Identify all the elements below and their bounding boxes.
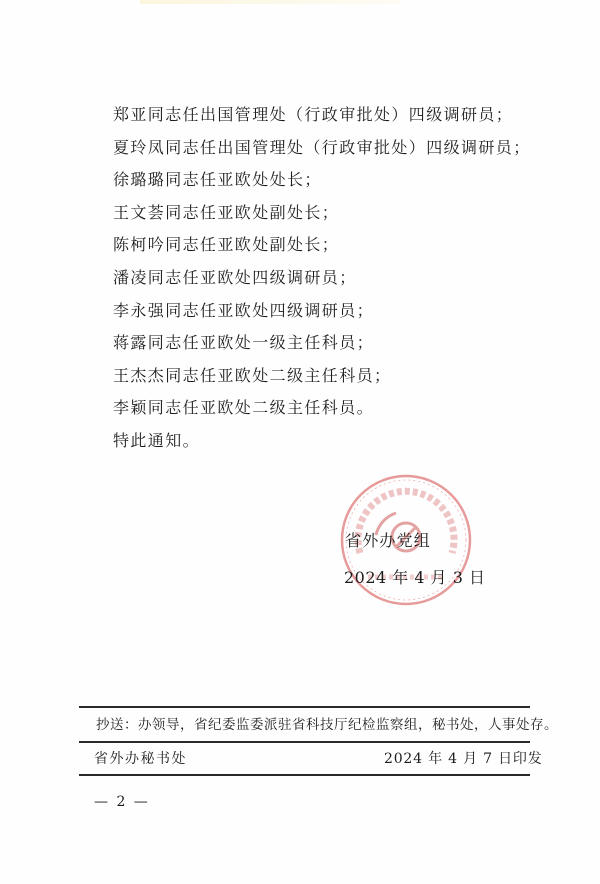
issue-date: 2024 年 4 月 7 日印发 bbox=[384, 748, 543, 768]
appointment-item: 徐璐璐同志任亚欧处处长； bbox=[113, 168, 533, 201]
closing-text: 特此通知。 bbox=[113, 429, 533, 462]
page-number: — 2 — bbox=[94, 794, 150, 810]
signature-issuer: 省外办党组 bbox=[345, 528, 431, 551]
appointment-item: 王文荟同志任亚欧处副处长； bbox=[113, 201, 533, 234]
appointment-item: 陈柯吟同志任亚欧处副处长； bbox=[113, 233, 533, 266]
appointment-item: 李永强同志任亚欧处四级调研员； bbox=[113, 299, 533, 332]
footer-divider-middle bbox=[79, 741, 530, 743]
footer-divider-bottom bbox=[79, 774, 530, 776]
appointment-item: 夏玲凤同志任出国管理处（行政审批处）四级调研员； bbox=[113, 136, 533, 169]
footer-divider-top bbox=[79, 706, 530, 708]
appointment-item: 蒋露同志任亚欧处一级主任科员； bbox=[113, 331, 533, 364]
scan-edge-tint bbox=[140, 0, 400, 4]
appointment-item: 李颖同志任亚欧处二级主任科员。 bbox=[113, 396, 533, 429]
appointment-item: 潘凌同志任亚欧处四级调研员； bbox=[113, 266, 533, 299]
appointment-list: 郑亚同志任出国管理处（行政审批处）四级调研员； 夏玲凤同志任出国管理处（行政审批… bbox=[113, 103, 533, 462]
cc-list: 抄送：办领导，省纪委监委派驻省科技厅纪检监察组，秘书处，人事处存。 bbox=[96, 713, 558, 733]
appointment-item: 郑亚同志任出国管理处（行政审批处）四级调研员； bbox=[113, 103, 533, 136]
signature-date: 2024 年 4 月 3 日 bbox=[344, 565, 486, 588]
issuing-office: 省外办秘书处 bbox=[94, 748, 187, 768]
document-page: 郑亚同志任出国管理处（行政审批处）四级调研员； 夏玲凤同志任出国管理处（行政审批… bbox=[0, 0, 600, 884]
appointment-item: 王杰杰同志任亚欧处二级主任科员； bbox=[113, 364, 533, 397]
